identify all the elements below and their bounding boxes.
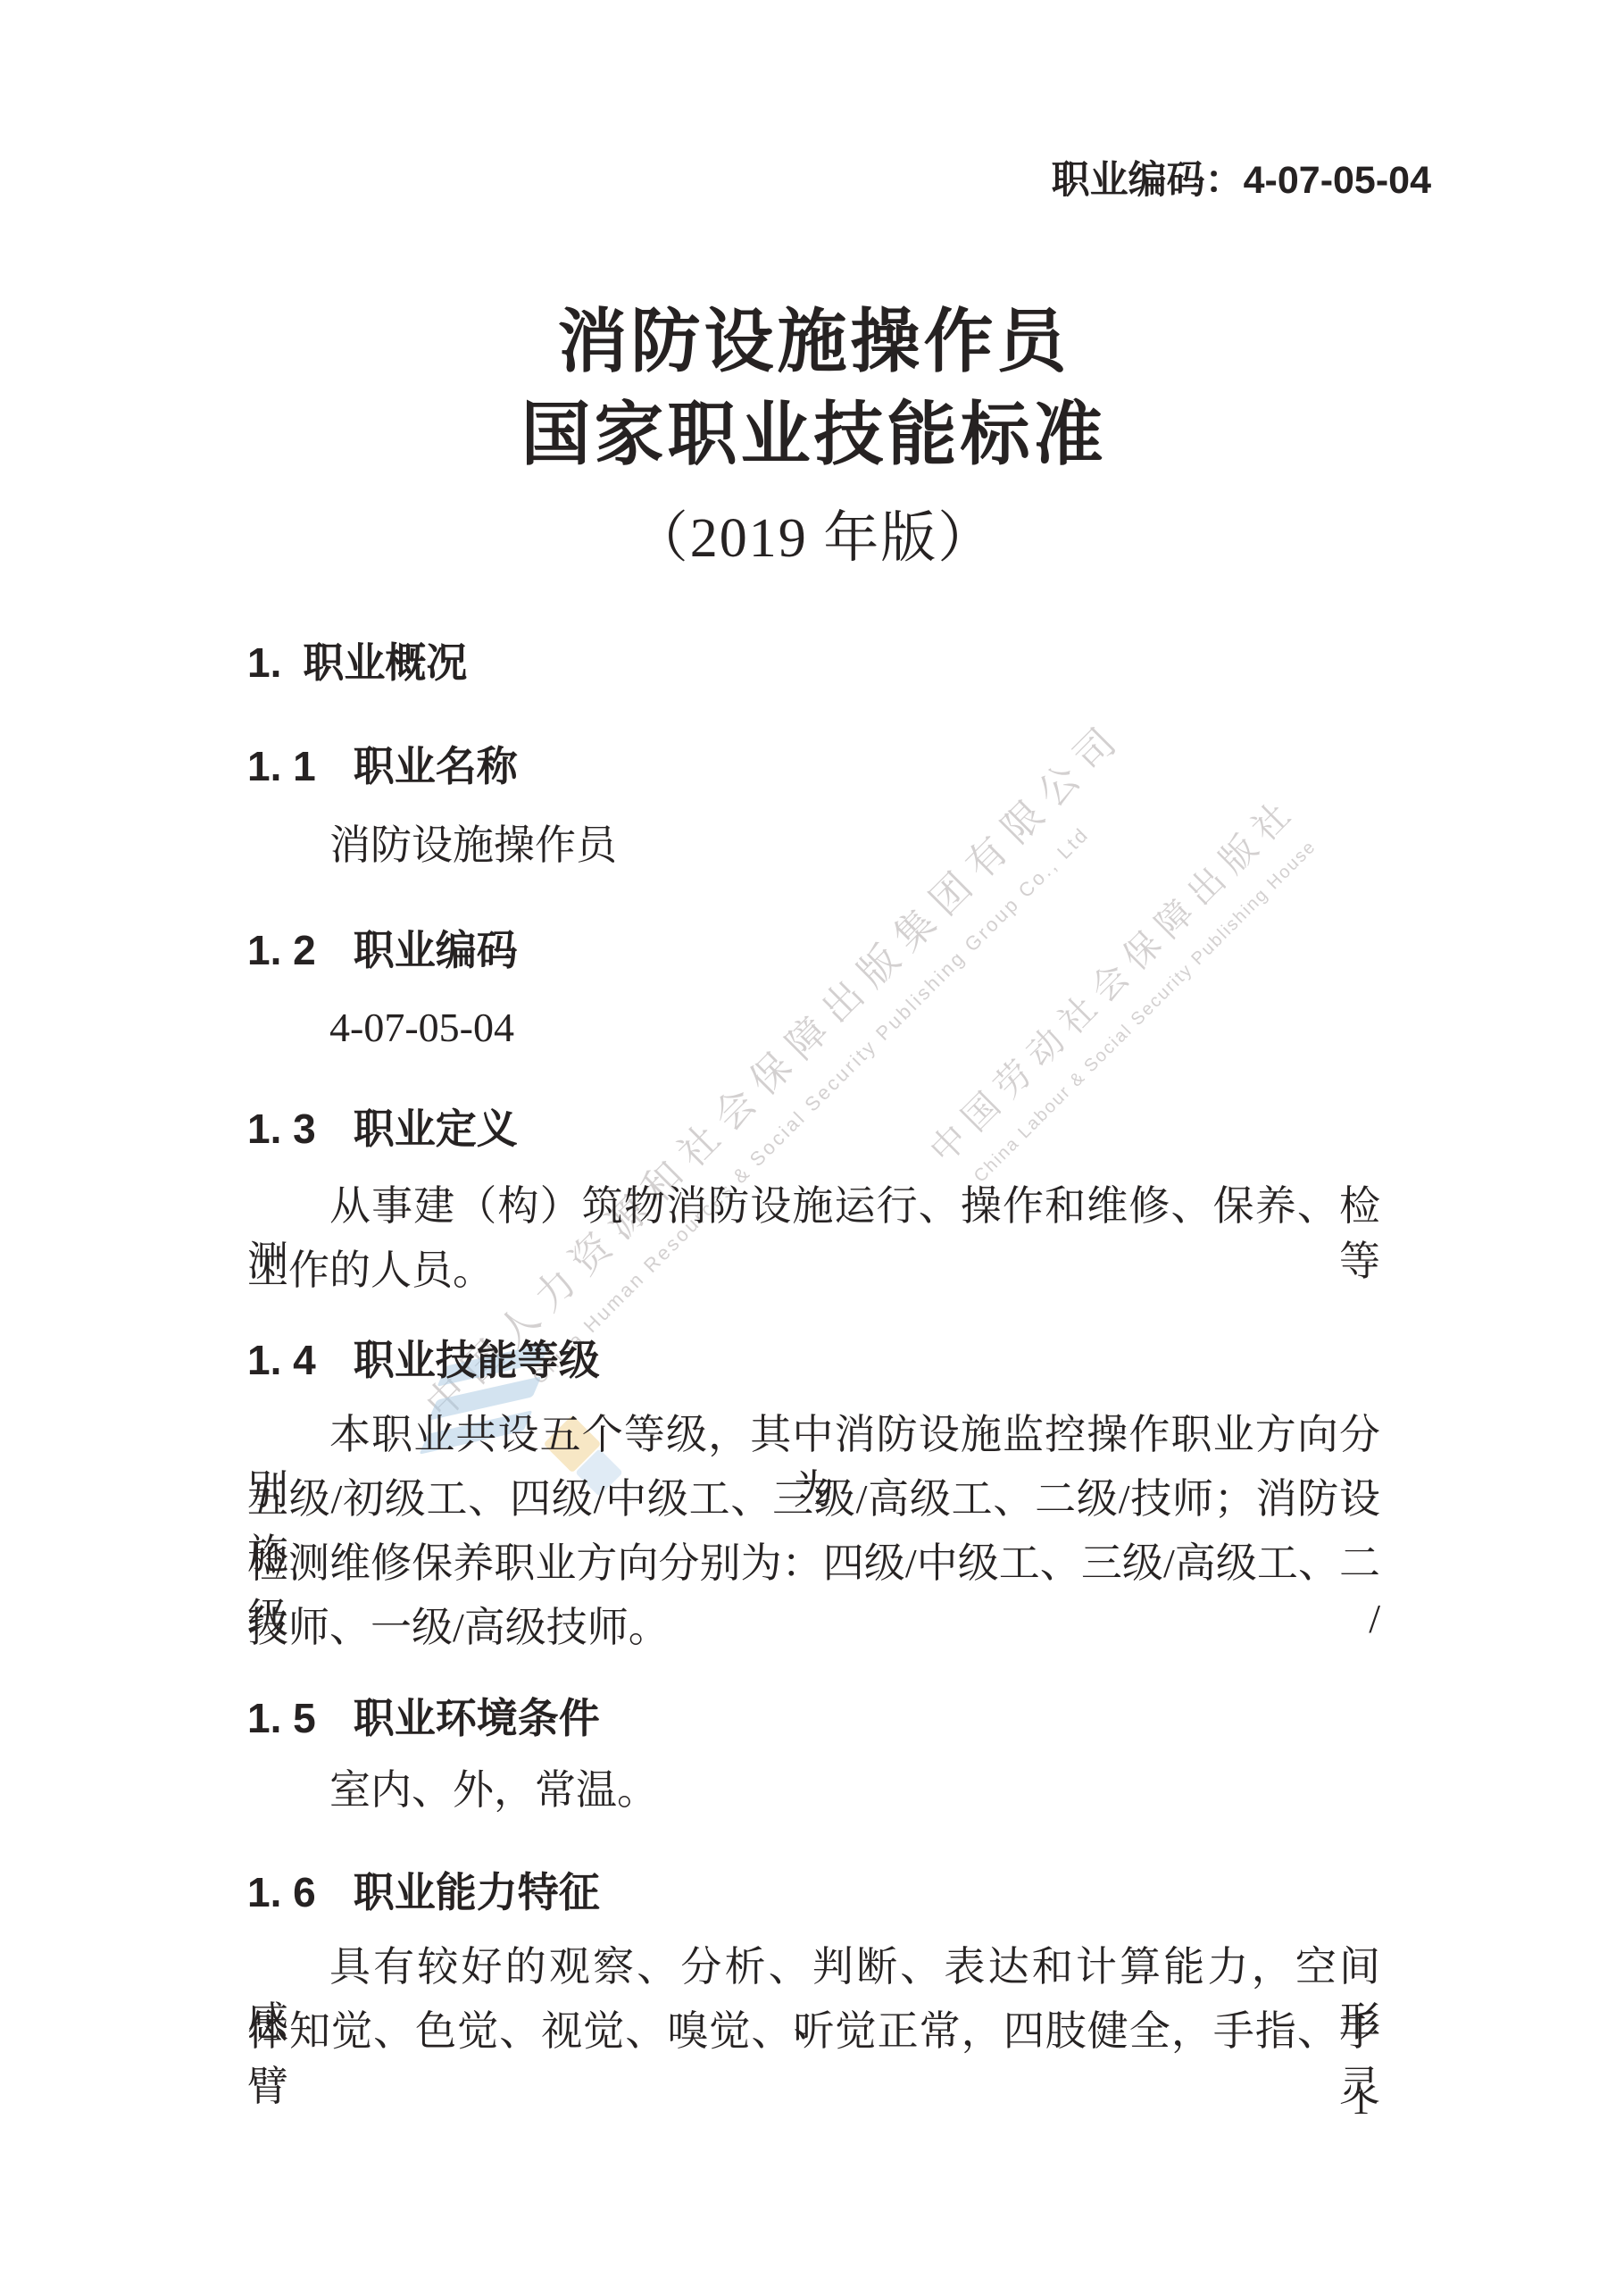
- section-number: 1.: [247, 639, 281, 686]
- section-heading-1-3: 1. 3职业定义: [247, 1097, 1380, 1156]
- body-line: 消防设施操作员: [247, 818, 1380, 873]
- doc-title-line2: 国家职业技能标准: [247, 379, 1380, 479]
- body-line: 技师、一级/高级技师。: [247, 1600, 1380, 1656]
- section-label: 职业技能等级: [354, 1337, 600, 1383]
- doc-title-edition: （2019 年版）: [247, 493, 1380, 572]
- section-heading-1-1: 1. 1职业名称: [247, 734, 1380, 793]
- section-number: 1. 4: [247, 1337, 316, 1383]
- section-number: 1. 1: [247, 743, 316, 789]
- page-number: 1: [1352, 2081, 1370, 2123]
- section-label: 职业环境条件: [354, 1695, 600, 1741]
- section-number: 1. 2: [247, 927, 316, 973]
- section-number: 1. 3: [247, 1106, 316, 1152]
- doc-title-line1: 消防设施操作员: [247, 286, 1380, 386]
- body-line: 工作的人员。: [247, 1243, 1380, 1298]
- section-label: 职业定义: [354, 1106, 518, 1152]
- occupation-code-header: 职业编码：4-07-05-04: [1052, 150, 1431, 204]
- document-page: 中国人力资源和社会保障出版集团有限公司 China Human Resource…: [0, 0, 1624, 2278]
- section-heading-1-2: 1. 2职业编码: [247, 918, 1380, 977]
- section-label: 职业能力特征: [354, 1869, 600, 1915]
- section-label: 职业概况: [303, 639, 467, 686]
- section-number: 1. 5: [247, 1695, 316, 1741]
- body-line: 体知觉、色觉、视觉、嗅觉、听觉正常，四肢健全，手指、手臂灵: [247, 2004, 1380, 2115]
- section-label: 职业编码: [354, 927, 518, 973]
- section-number: 1. 6: [247, 1869, 316, 1915]
- section-heading-1-6: 1. 6职业能力特征: [247, 1860, 1380, 1919]
- section-heading-1-5: 1. 5职业环境条件: [247, 1686, 1380, 1745]
- section-label: 职业名称: [354, 743, 518, 789]
- section-heading-1-4: 1. 4职业技能等级: [247, 1328, 1380, 1387]
- body-line: 室内、外，常温。: [247, 1763, 1380, 1818]
- section-heading-1: 1.职业概况: [247, 630, 1380, 689]
- body-line: 4-07-05-04: [247, 1000, 1380, 1056]
- watermark-chinese-text: 中国人力资源和社会保障出版集团有限公司: [411, 705, 1135, 1430]
